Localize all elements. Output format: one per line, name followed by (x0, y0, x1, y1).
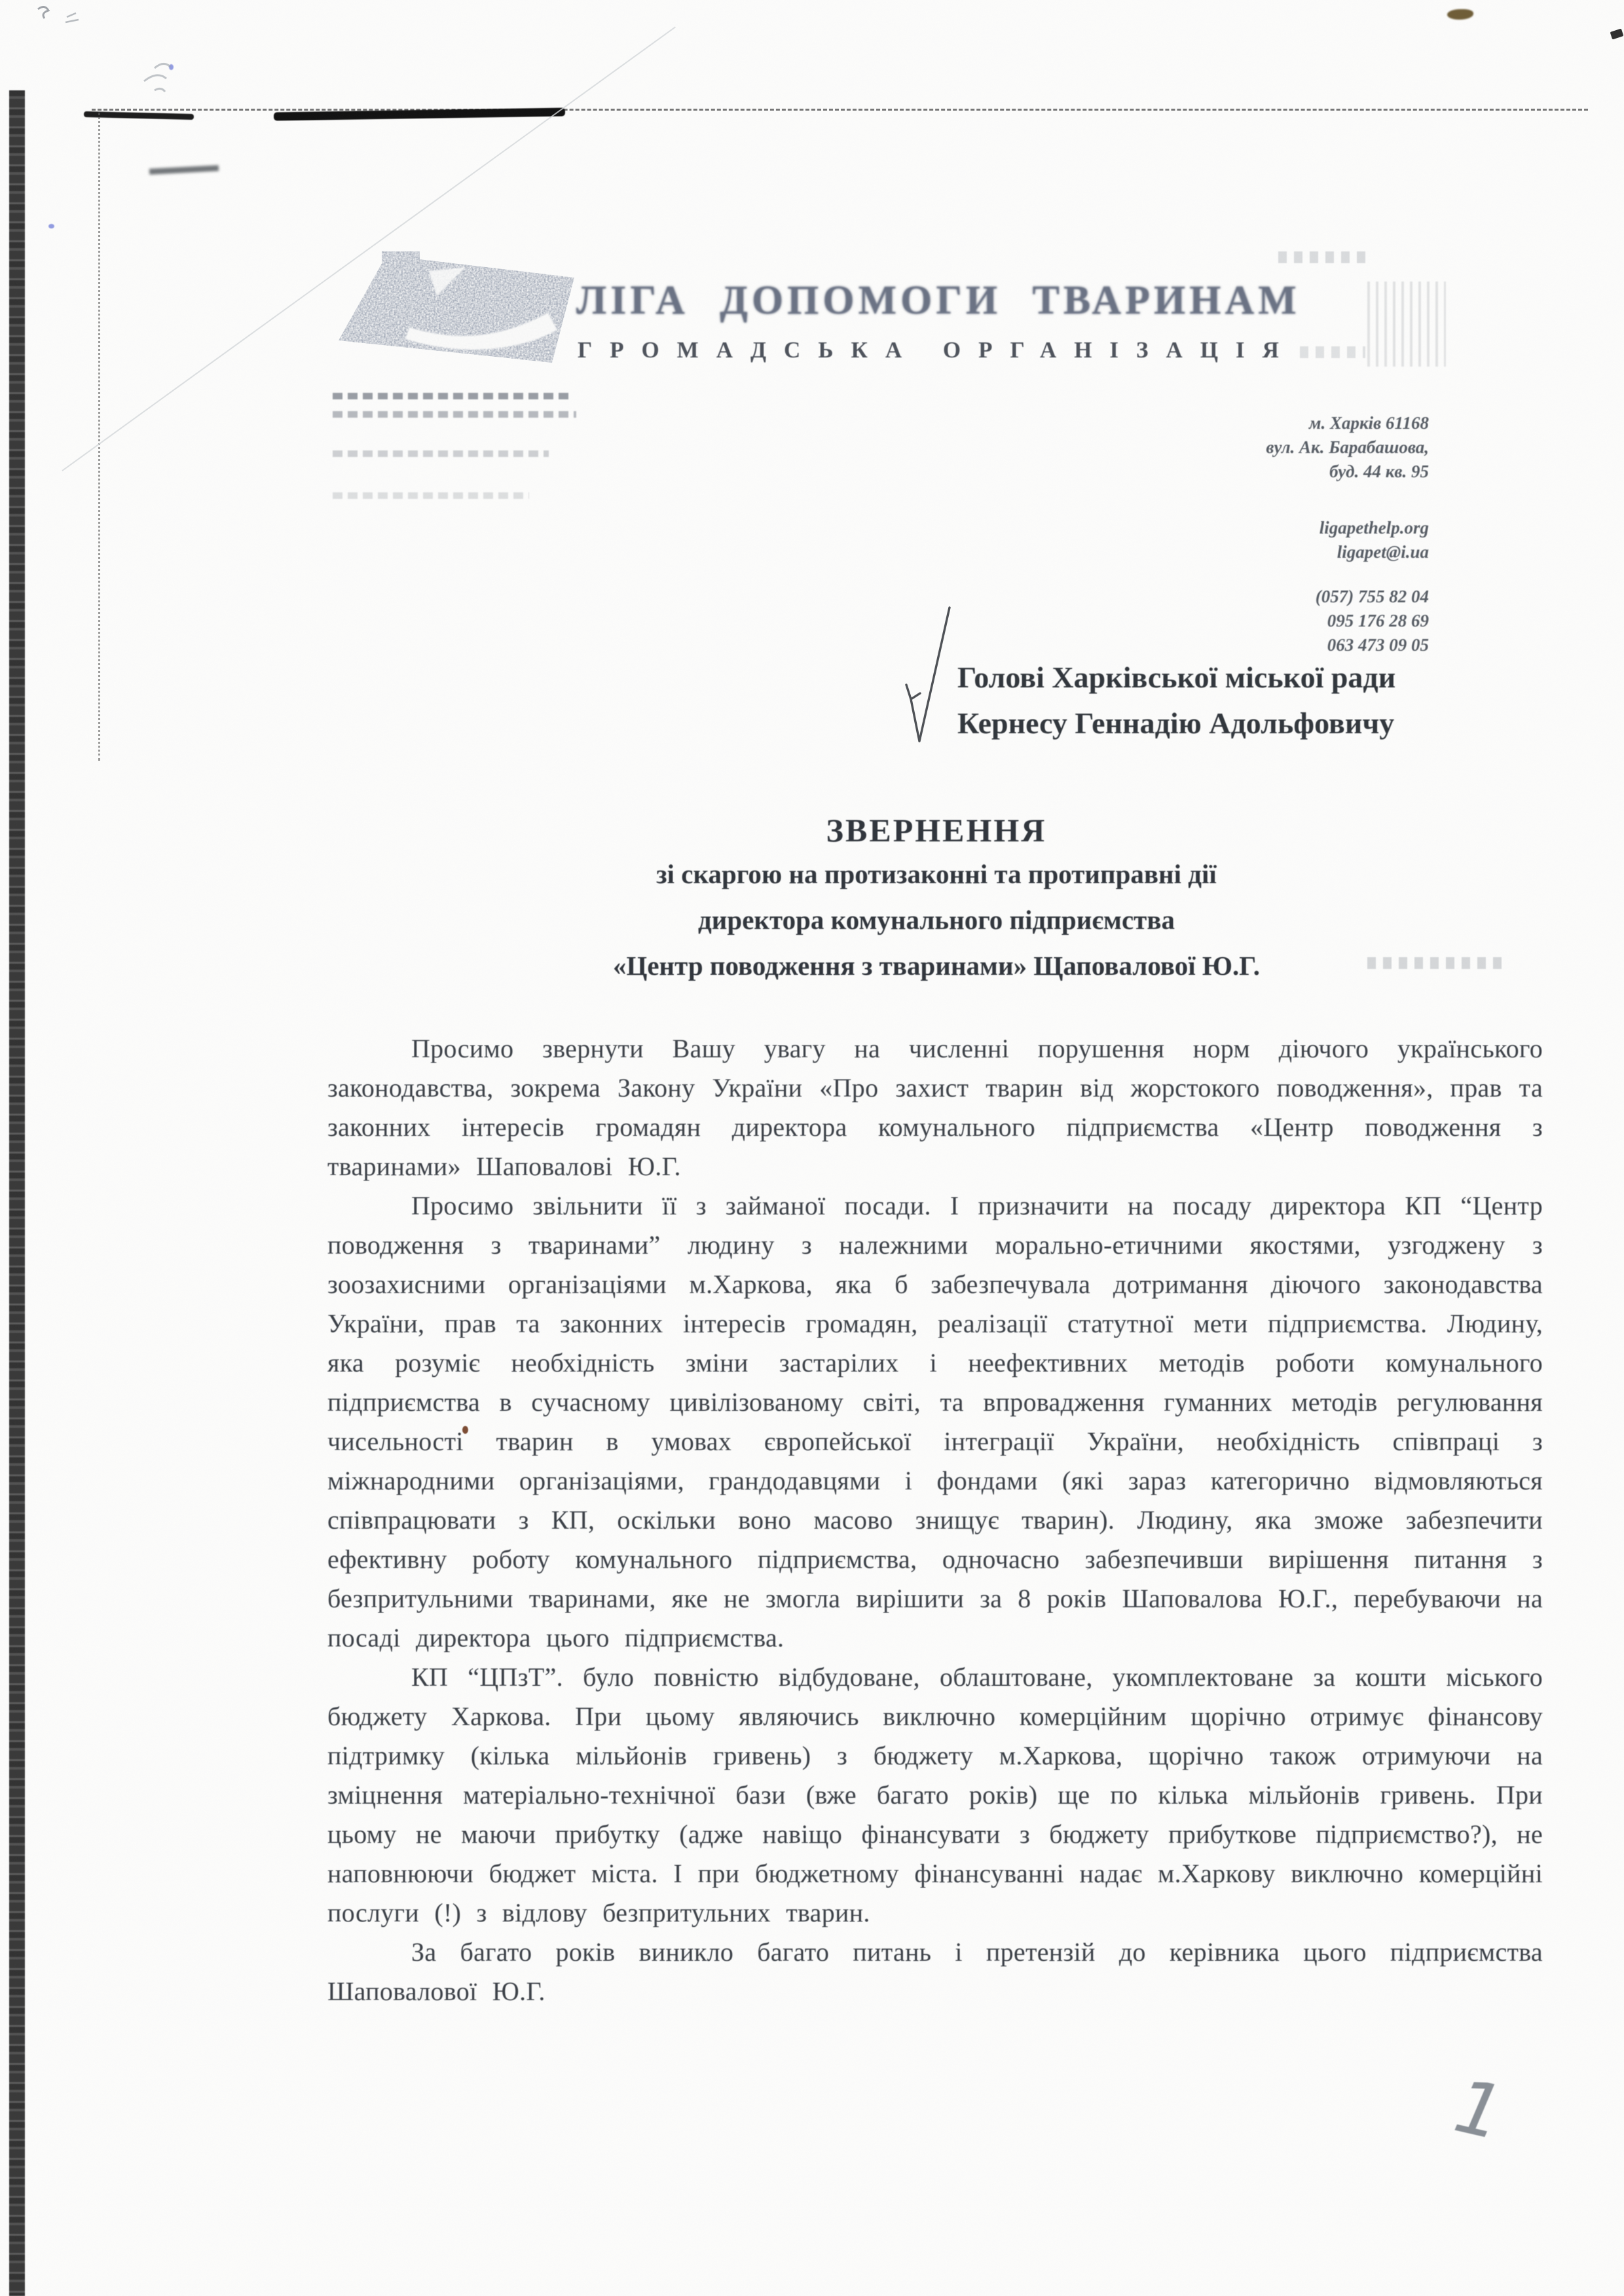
title-main: ЗВЕРНЕННЯ (327, 809, 1545, 851)
scan-artifact-blue-speck (48, 224, 54, 228)
logo-caption-noise (333, 492, 529, 499)
phone-number: (057) 755 82 04 (1113, 585, 1429, 609)
scan-artifact-blue-speck (169, 64, 174, 70)
paragraph: За багато років виникло багато питань і … (327, 1933, 1543, 2011)
scan-artifact-smudge (149, 165, 219, 175)
address-line: буд. 44 кв. 95 (1113, 460, 1429, 484)
document-title: ЗВЕРНЕННЯ зі скаргою на протизаконні та … (327, 809, 1545, 989)
logo-caption-noise (333, 393, 568, 399)
addressee-line: Голові Харківської міської ради (957, 655, 1547, 701)
paragraph: КП “ЦПзТ”. було повністю відбудоване, об… (327, 1658, 1543, 1933)
title-subline: директора комунального підприємства (327, 897, 1545, 943)
addressee-line: Кернесу Геннадію Адольфовичу (957, 701, 1547, 746)
scan-artifact-dotted-left-margin (98, 113, 100, 761)
scan-artifact-brown-speck (1447, 9, 1473, 20)
scan-artifact-paper-top-edge (92, 109, 1588, 111)
phone-number: 063 473 09 05 (1113, 633, 1429, 657)
title-subline: «Центр поводження з тваринами» Щаповалов… (327, 943, 1545, 989)
scan-artifact-top-thick-line-small (84, 111, 194, 120)
scanned-document-page: ЛІГА ДОПОМОГИ ТВАРИНАМ ГРОМАДСЬКА ОРГАНІ… (0, 0, 1624, 2296)
scan-artifact-faint-streaks (1367, 282, 1446, 367)
email: ligapet@i.ua (1113, 540, 1429, 564)
paragraph: Просимо звільнити її з займаної посади. … (327, 1186, 1543, 1658)
scan-artifact-faint-marks (1278, 251, 1370, 263)
phone-number: 095 176 28 69 (1113, 609, 1429, 633)
title-subline: зі скаргою на протизаконні та протиправн… (327, 851, 1545, 897)
letter-body: Просимо звернути Вашу увагу на численні … (327, 1029, 1543, 2011)
scan-artifact-right-edge-mark (1610, 29, 1624, 40)
org-subtitle: ГРОМАДСЬКА ОРГАНІЗАЦІЯ (578, 337, 1370, 363)
website: ligapethelp.org (1113, 516, 1429, 540)
address-line: м. Харків 61168 (1113, 411, 1429, 435)
liga-pet-help-logo (331, 250, 589, 407)
address-line: вул. Ак. Барабашова, (1113, 435, 1429, 460)
logo-caption-noise (333, 411, 576, 418)
logo-caption-noise (333, 450, 549, 457)
paragraph: Просимо звернути Вашу увагу на численні … (327, 1029, 1543, 1186)
pencil-marks-top-left (26, 0, 236, 111)
handwritten-checkmark (902, 601, 961, 755)
contact-block: м. Харків 61168 вул. Ак. Барабашова, буд… (1113, 411, 1429, 657)
addressee-block: Голові Харківської міської ради Кернесу … (957, 655, 1547, 746)
org-name: ЛІГА ДОПОМОГИ ТВАРИНАМ (576, 278, 1369, 324)
scan-artifact-left-edge-bar (9, 90, 25, 2296)
handwritten-page-number: 1 (1439, 2065, 1518, 2155)
